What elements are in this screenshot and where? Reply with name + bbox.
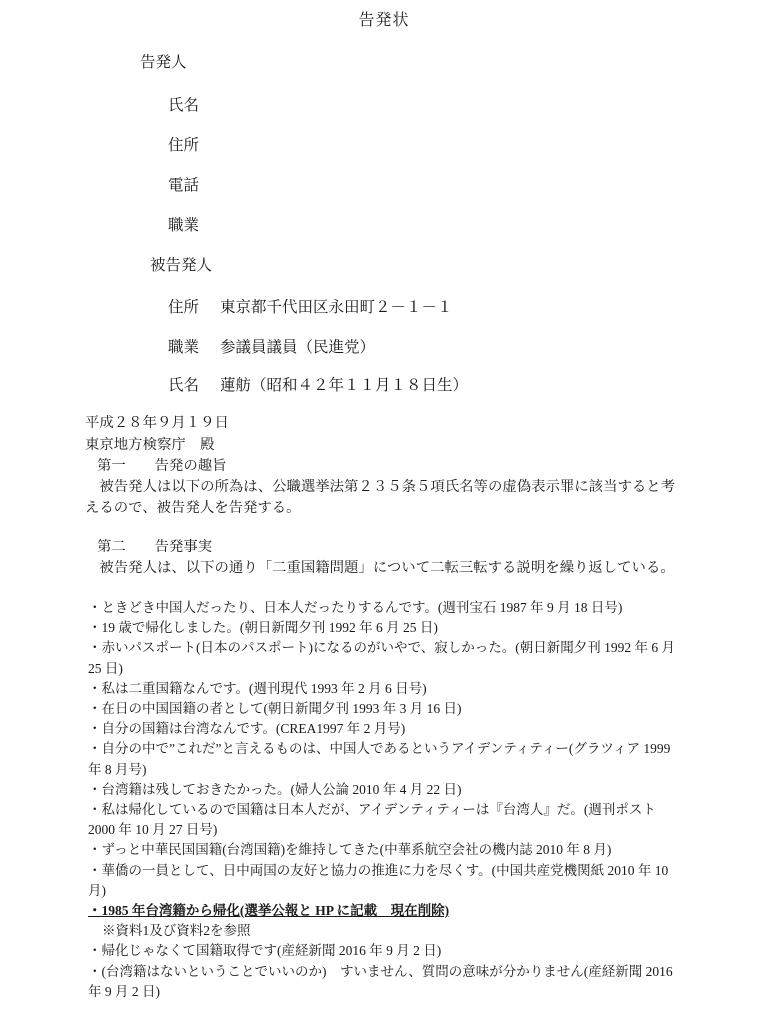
quote-item: ・私は二重国籍なんです。(週刊現代 1993 年 2 月 6 日号) <box>88 679 684 699</box>
field-value: 参議員議員（民進党） <box>220 339 375 356</box>
quote-item: ・ずっと中華民国国籍(台湾国籍)を維持してきた(中華系航空会社の機内誌 2010… <box>88 840 684 860</box>
complainant-field-phone: 電話 <box>168 175 768 196</box>
accused-name-row: 氏名蓮舫（昭和４２年１１月１８日生） <box>168 375 768 396</box>
complainant-field-address: 住所 <box>168 135 768 156</box>
date-line: 平成２８年９月１９日 <box>85 413 768 434</box>
field-label: 職業 <box>168 337 220 358</box>
quote-item: ・華僑の一員として、日中両国の友好と協力の推進に力を尽くす。(中国共産党機関紙 … <box>88 861 684 901</box>
complaint-document: 告発状 告発人 氏名 住所 電話 職業 被告発人 住所東京都千代田区永田町２－１… <box>0 0 768 1024</box>
quote-item: ・在日の中国国籍の者として(朝日新聞夕刊 1993 年 3 月 16 日) <box>88 699 684 719</box>
reference-note: ※資料1及び資料2を参照 <box>88 921 684 941</box>
quote-item: ・19 歳で帰化しました。(朝日新聞夕刊 1992 年 6 月 25 日) <box>88 618 684 638</box>
field-label: 氏名 <box>168 375 220 396</box>
page-title: 告発状 <box>0 0 768 31</box>
accused-address-row: 住所東京都千代田区永田町２－１－１ <box>168 297 768 318</box>
addressee-line: 東京地方検察庁 殿 <box>85 435 768 456</box>
complainant-field-occupation: 職業 <box>168 215 768 236</box>
section2-heading: 第二 告発事実 <box>97 537 768 558</box>
complainant-field-name: 氏名 <box>168 95 768 116</box>
quote-item: ・自分の中で”これだ”と言えるものは、中国人であるというアイデンティティー(グラ… <box>88 739 684 779</box>
section1-body: 被告発人は以下の所為は、公職選挙法第２３５条５項氏名等の虚偽表示罪に該当すると考… <box>85 477 685 519</box>
quote-list: ・ときどき中国人だったり、日本人だったりするんです。(週刊宝石 1987 年 9… <box>88 598 684 1002</box>
accused-heading: 被告発人 <box>150 255 768 276</box>
accused-occupation-row: 職業参議員議員（民進党） <box>168 337 768 358</box>
quote-item: ・(台湾籍はないということでいいのか) すいません、質問の意味が分かりません(産… <box>88 962 684 1002</box>
section2-intro: 被告発人は、以下の通り「二重国籍問題」について二転三転する説明を繰り返している。 <box>85 558 685 579</box>
field-value: 蓮舫（昭和４２年１１月１８日生） <box>220 377 468 394</box>
quote-item: ・帰化じゃなくて国籍取得です(産経新聞 2016 年 9 月 2 日) <box>88 941 684 961</box>
section1-heading: 第一 告発の趣旨 <box>97 456 768 477</box>
quote-item: ・赤いパスポート(日本のパスポート)になるのがいやで、寂しかった。(朝日新聞夕刊… <box>88 638 684 678</box>
quote-item: ・台湾籍は残しておきたかった。(婦人公論 2010 年 4 月 22 日) <box>88 780 684 800</box>
quote-item: ・私は帰化しているので国籍は日本人だが、アイデンティティーは『台湾人』だ。(週刊… <box>88 800 684 840</box>
complainant-heading: 告発人 <box>140 52 768 73</box>
field-label: 住所 <box>168 297 220 318</box>
quote-item: ・自分の国籍は台湾なんです。(CREA1997 年 2 月号) <box>88 719 684 739</box>
field-value: 東京都千代田区永田町２－１－１ <box>220 299 453 316</box>
quote-item-emphasized: ・1985 年台湾籍から帰化(選挙公報と HP に記載 現在削除) <box>88 901 684 921</box>
quote-item: ・ときどき中国人だったり、日本人だったりするんです。(週刊宝石 1987 年 9… <box>88 598 684 618</box>
